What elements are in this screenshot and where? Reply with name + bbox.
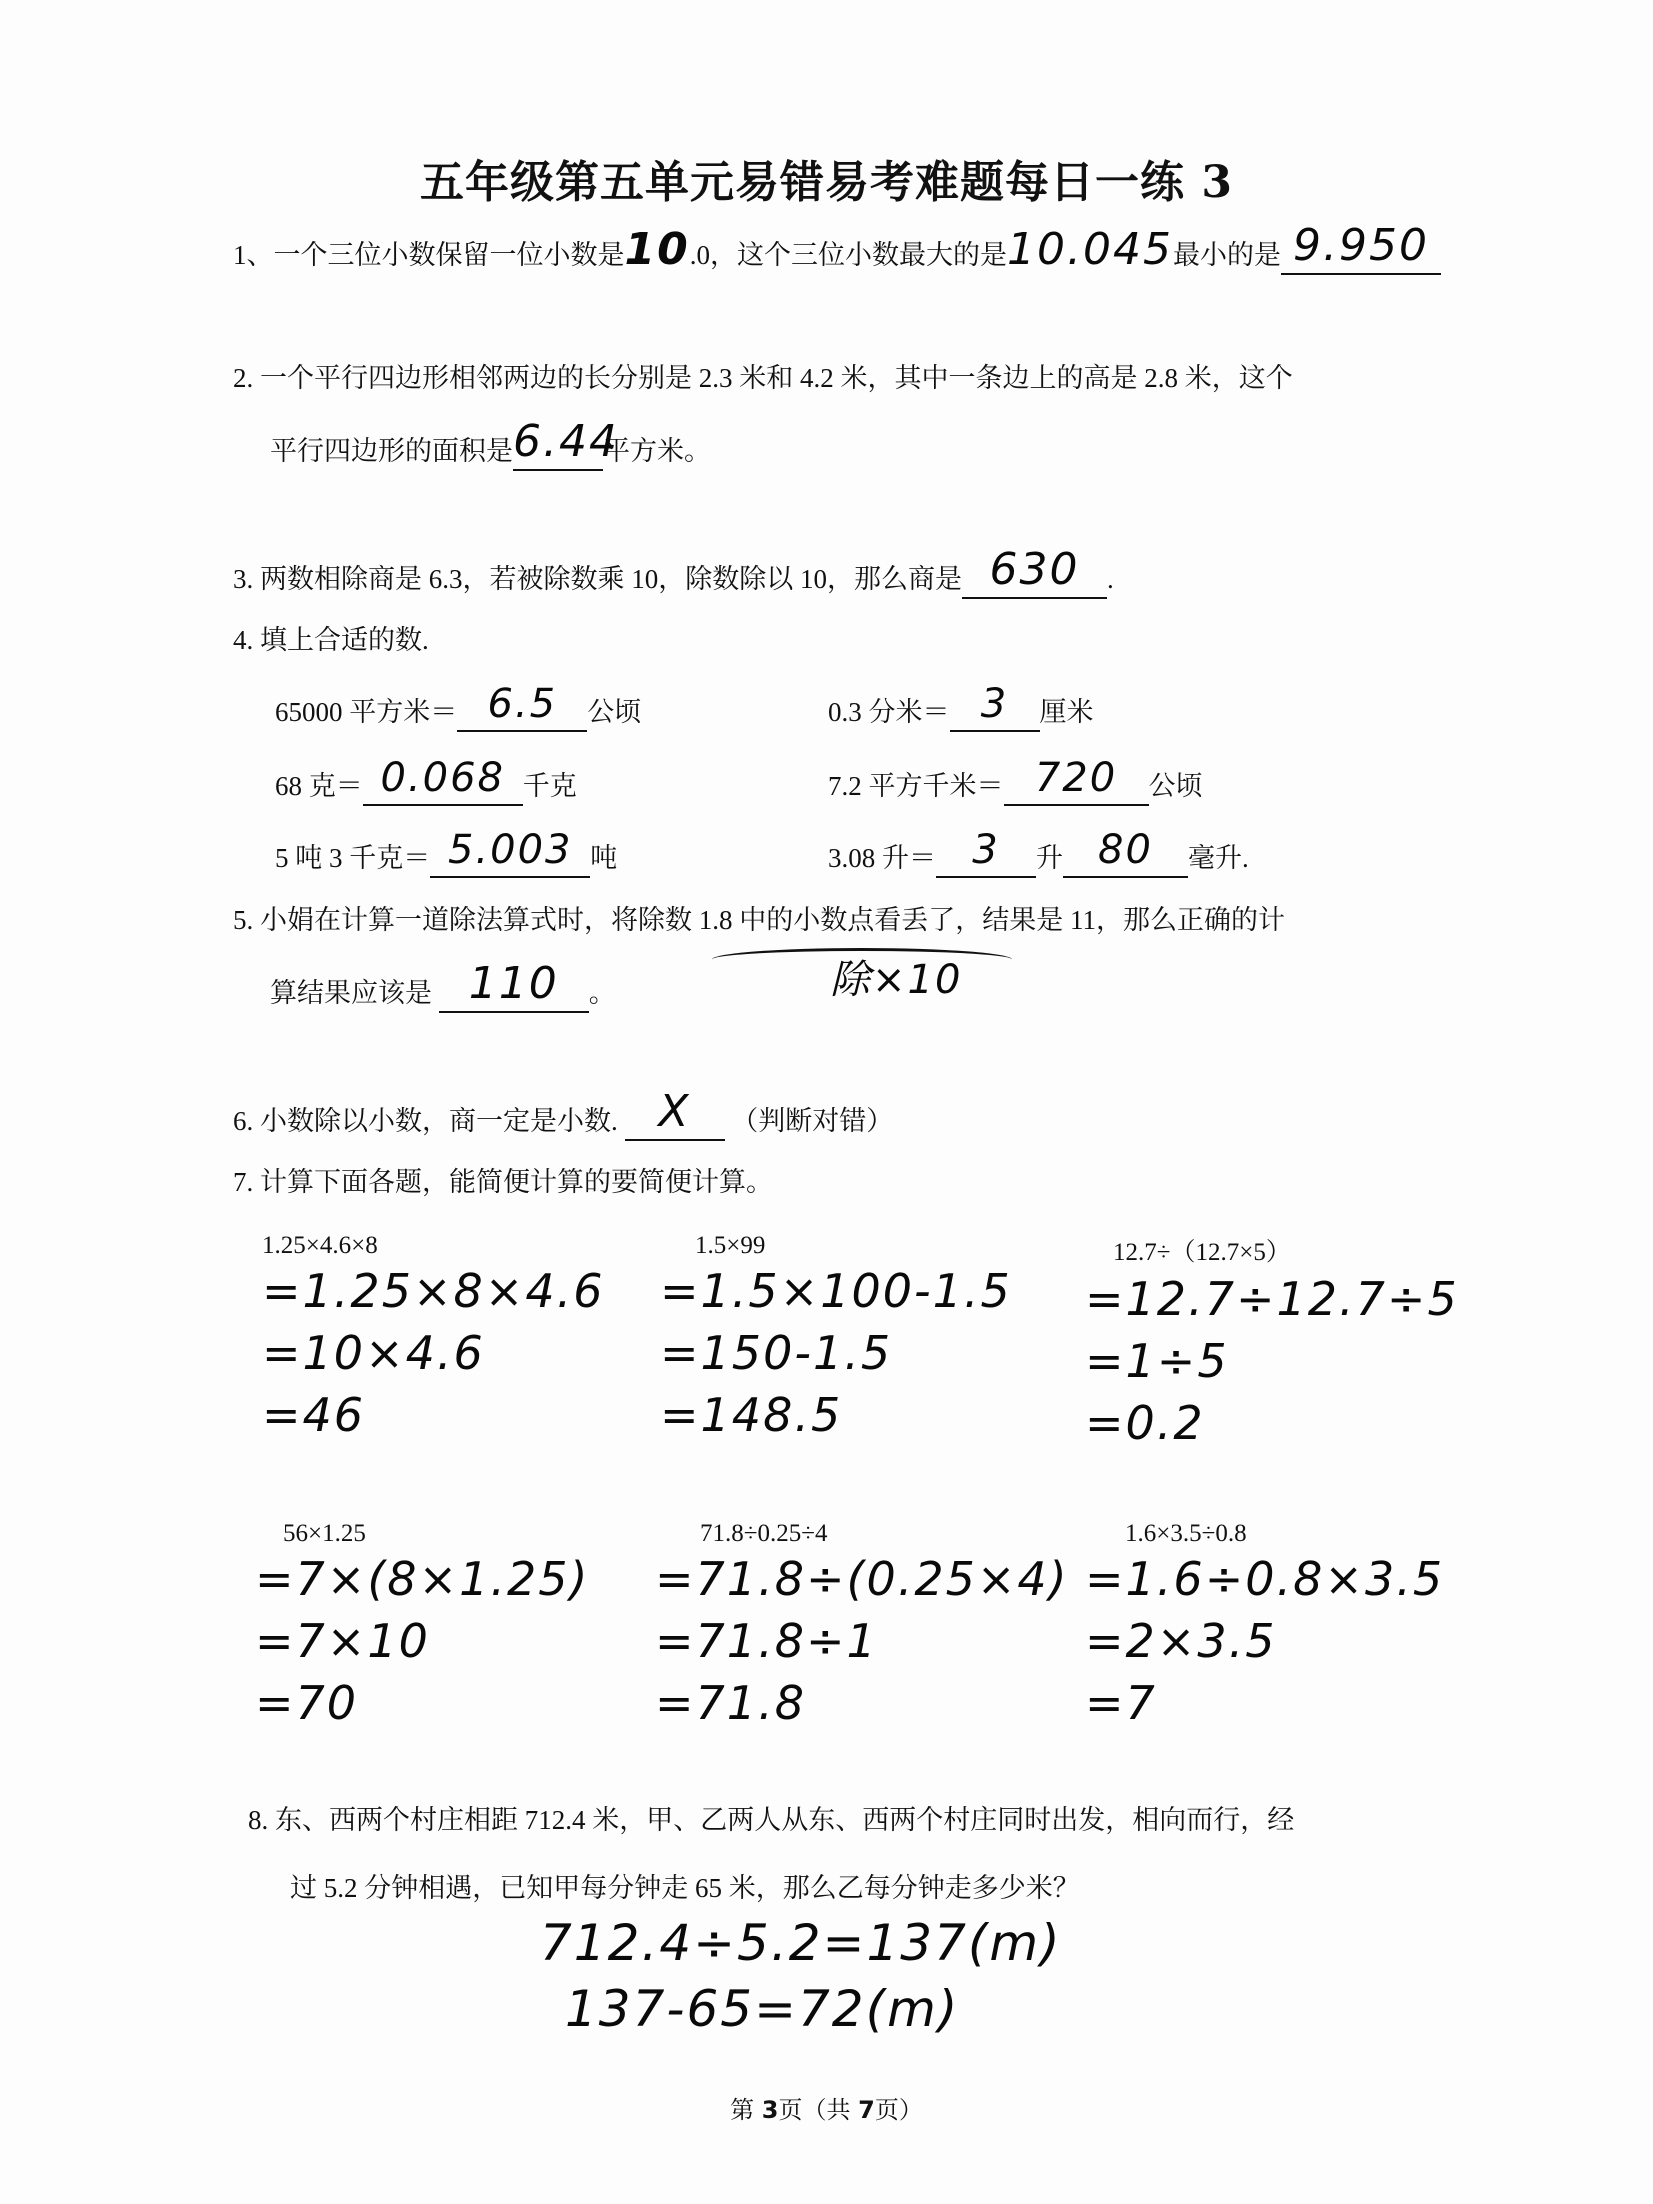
question-8-line-2: 过 5.2 分钟相遇，已知甲每分钟走 65 米，那么乙每分钟走多少米？ xyxy=(290,1870,1080,1906)
work-step: =1.25×8×4.6 xyxy=(262,1260,604,1322)
worksheet-title: 五年级第五单元易错易考难题每日一练 3 xyxy=(0,146,1653,210)
work-step: =1÷5 xyxy=(1085,1330,1459,1392)
work-step: 712.4÷5.2=137(m) xyxy=(540,1910,1062,1976)
question-6: 6. 小数除以小数，商一定是小数. X （判断对错） xyxy=(233,1098,893,1141)
footer-text: 页（共 xyxy=(779,2096,859,2124)
unit-label: 吨 xyxy=(590,843,617,873)
question-5-line-2: 算结果应该是 110。 xyxy=(270,970,616,1013)
question-text: 小数除以小数，商一定是小数. xyxy=(260,1106,618,1136)
work-step: =148.5 xyxy=(660,1384,1012,1446)
instruction-text: （判断对错） xyxy=(731,1106,893,1136)
conversion-item: 3.08 升＝3升80毫升. xyxy=(828,836,1249,878)
question-text: 平行四边形的面积是 xyxy=(270,436,513,466)
page-footer: 第 3页（共 7页） xyxy=(0,2090,1653,2125)
work-step: =2×3.5 xyxy=(1085,1610,1444,1672)
worksheet-page: 五年级第五单元易错易考难题每日一练 3 1、一个三位小数保留一位小数是10.0，… xyxy=(0,0,1653,2204)
conversion-prompt: 3.08 升＝ xyxy=(828,843,936,873)
work-step: =70 xyxy=(255,1672,589,1734)
calc-expression: 1.25×4.6×8 xyxy=(262,1232,604,1260)
handwritten-answer: 3 xyxy=(981,681,1008,727)
question-4: 4. 填上合适的数. xyxy=(233,622,429,658)
calc-expression: 56×1.25 xyxy=(255,1520,589,1548)
handwritten-answer: 80 xyxy=(1098,827,1153,873)
answer-blank: X xyxy=(625,1098,725,1141)
handwritten-note: 除×10 xyxy=(830,948,962,1005)
handwritten-answer: 630 xyxy=(990,544,1080,595)
conversion-item: 68 克＝0.068千克 xyxy=(275,764,577,806)
work-step: =1.6÷0.8×3.5 xyxy=(1085,1548,1444,1610)
conversion-item: 0.3 分米＝3厘米 xyxy=(828,690,1094,732)
question-number: 4. xyxy=(233,625,253,655)
calc-problem-4: 56×1.25 =7×(8×1.25) =7×10 =70 xyxy=(255,1520,589,1734)
punctuation: 。 xyxy=(589,978,616,1008)
work-step: =71.8÷1 xyxy=(655,1610,1069,1672)
question-text: 最小的是 xyxy=(1173,240,1281,270)
handwritten-answer: 10 xyxy=(625,224,690,275)
work-step: 137-65=72(m) xyxy=(540,1976,1062,2042)
question-number: 3. xyxy=(233,564,253,594)
question-number: 2. xyxy=(233,363,253,393)
answer-blank: 110 xyxy=(439,970,589,1013)
question-number: 6. xyxy=(233,1106,253,1136)
answer-blank: 630 xyxy=(962,556,1107,599)
question-text: 一个三位小数保留一位小数是 xyxy=(274,240,625,270)
question-text: 过 5.2 分钟相遇，已知甲每分钟走 65 米，那么乙每分钟走多少米？ xyxy=(290,1873,1080,1903)
calc-expression: 71.8÷0.25÷4 xyxy=(655,1520,1069,1548)
handwritten-answer: 6.44 xyxy=(513,416,619,467)
work-step: =1.5×100-1.5 xyxy=(660,1260,1012,1322)
unit-label: 毫升. xyxy=(1188,843,1249,873)
question-3: 3. 两数相除商是 6.3，若被除数乘 10，除数除以 10，那么商是630. xyxy=(233,556,1114,599)
question-number: 7. xyxy=(233,1167,253,1197)
calc-problem-2: 1.5×99 =1.5×100-1.5 =150-1.5 =148.5 xyxy=(660,1232,1012,1446)
work-step: =150-1.5 xyxy=(660,1322,1012,1384)
question-2-line-1: 2. 一个平行四边形相邻两边的长分别是 2.3 米和 4.2 米，其中一条边上的… xyxy=(233,360,1293,396)
answer-blank: 3 xyxy=(950,690,1040,732)
conversion-prompt: 7.2 平方千米＝ xyxy=(828,771,1004,801)
answer-blank: 5.003 xyxy=(430,836,590,878)
work-step: =7 xyxy=(1085,1672,1444,1734)
question-text: 算结果应该是 xyxy=(270,978,432,1008)
handwritten-answer: 0.068 xyxy=(380,755,505,801)
page-total: 7 xyxy=(858,2096,875,2124)
question-number: 8. xyxy=(248,1805,268,1835)
unit-label: 厘米 xyxy=(1040,697,1094,727)
question-1: 1、一个三位小数保留一位小数是10.0，这个三位小数最大的是10.045最小的是… xyxy=(233,232,1441,275)
work-step: =12.7÷12.7÷5 xyxy=(1085,1268,1459,1330)
work-step: =10×4.6 xyxy=(262,1322,604,1384)
unit-label: 升 xyxy=(1036,843,1063,873)
answer-blank: 6.44 xyxy=(513,428,603,471)
calc-problem-1: 1.25×4.6×8 =1.25×8×4.6 =10×4.6 =46 xyxy=(262,1232,604,1446)
work-step: =71.8÷(0.25×4) xyxy=(655,1548,1069,1610)
conversion-item: 5 吨 3 千克＝5.003吨 xyxy=(275,836,617,878)
unit-label: 千克 xyxy=(523,771,577,801)
question-number: 1、 xyxy=(233,240,274,270)
handwritten-answer: 3 xyxy=(972,827,999,873)
question-7: 7. 计算下面各题，能简便计算的要简便计算。 xyxy=(233,1164,773,1200)
handwritten-answer-max: 10.045 xyxy=(1007,224,1173,275)
calc-expression: 1.5×99 xyxy=(660,1232,1012,1260)
handwritten-wrong-mark: X xyxy=(658,1086,690,1137)
answer-blank: 6.5 xyxy=(457,690,587,732)
conversion-item: 65000 平方米＝6.5公顷 xyxy=(275,690,641,732)
question-text: 两数相除商是 6.3，若被除数乘 10，除数除以 10，那么商是 xyxy=(260,564,962,594)
work-step: =46 xyxy=(262,1384,604,1446)
work-step: =0.2 xyxy=(1085,1392,1459,1454)
question-text: .0，这个三位小数最大的是 xyxy=(690,240,1007,270)
answer-blank: 0.068 xyxy=(363,764,523,806)
conversion-item: 7.2 平方千米＝720公顷 xyxy=(828,764,1203,806)
question-text: 计算下面各题，能简便计算的要简便计算。 xyxy=(260,1167,773,1197)
work-step: =7×(8×1.25) xyxy=(255,1548,589,1610)
conversion-prompt: 0.3 分米＝ xyxy=(828,697,950,727)
footer-text: 页） xyxy=(875,2096,923,2124)
question-8-line-1: 8. 东、西两个村庄相距 712.4 米，甲、乙两人从东、西两个村庄同时出发，相… xyxy=(248,1802,1294,1838)
question-5-line-1: 5. 小娟在计算一道除法算式时，将除数 1.8 中的小数点看丢了，结果是 11，… xyxy=(233,902,1285,938)
calc-problem-6: 1.6×3.5÷0.8 =1.6÷0.8×3.5 =2×3.5 =7 xyxy=(1085,1520,1444,1734)
question-text: 一个平行四边形相邻两边的长分别是 2.3 米和 4.2 米，其中一条边上的高是 … xyxy=(260,363,1293,393)
answer-blank: 3 xyxy=(936,836,1036,878)
handwritten-answer: 6.5 xyxy=(487,681,557,727)
handwritten-answer: 110 xyxy=(469,958,559,1009)
punctuation: . xyxy=(1107,564,1114,594)
work-step: =71.8 xyxy=(655,1672,1069,1734)
question-text: 填上合适的数. xyxy=(260,625,429,655)
answer-blank: 80 xyxy=(1063,836,1188,878)
calc-problem-5: 71.8÷0.25÷4 =71.8÷(0.25×4) =71.8÷1 =71.8 xyxy=(655,1520,1069,1734)
conversion-prompt: 68 克＝ xyxy=(275,771,363,801)
calc-expression: 12.7÷（12.7×5） xyxy=(1085,1232,1459,1268)
question-text: 小娟在计算一道除法算式时，将除数 1.8 中的小数点看丢了，结果是 11，那么正… xyxy=(260,905,1285,935)
unit-label: 公顷 xyxy=(1149,771,1203,801)
conversion-prompt: 65000 平方米＝ xyxy=(275,697,457,727)
question-text: 东、西两个村庄相距 712.4 米，甲、乙两人从东、西两个村庄同时出发，相向而行… xyxy=(275,1805,1294,1835)
work-step: =7×10 xyxy=(255,1610,589,1672)
question-2-line-2: 平行四边形的面积是6.44平方米。 xyxy=(270,428,711,471)
calc-expression: 1.6×3.5÷0.8 xyxy=(1085,1520,1444,1548)
q8-work: 712.4÷5.2=137(m) 137-65=72(m) xyxy=(540,1910,1062,2042)
conversion-prompt: 5 吨 3 千克＝ xyxy=(275,843,430,873)
handwritten-answer-min: 9.950 xyxy=(1293,220,1429,271)
calc-problem-3: 12.7÷（12.7×5） =12.7÷12.7÷5 =1÷5 =0.2 xyxy=(1085,1232,1459,1454)
handwritten-answer: 720 xyxy=(1035,755,1117,801)
answer-blank: 720 xyxy=(1004,764,1149,806)
footer-text: 第 xyxy=(730,2096,762,2124)
answer-blank: 9.950 xyxy=(1281,232,1441,275)
handwritten-answer: 5.003 xyxy=(448,827,573,873)
page-number: 3 xyxy=(762,2096,779,2124)
unit-label: 公顷 xyxy=(587,697,641,727)
question-text: 平方米。 xyxy=(603,436,711,466)
question-number: 5. xyxy=(233,905,253,935)
